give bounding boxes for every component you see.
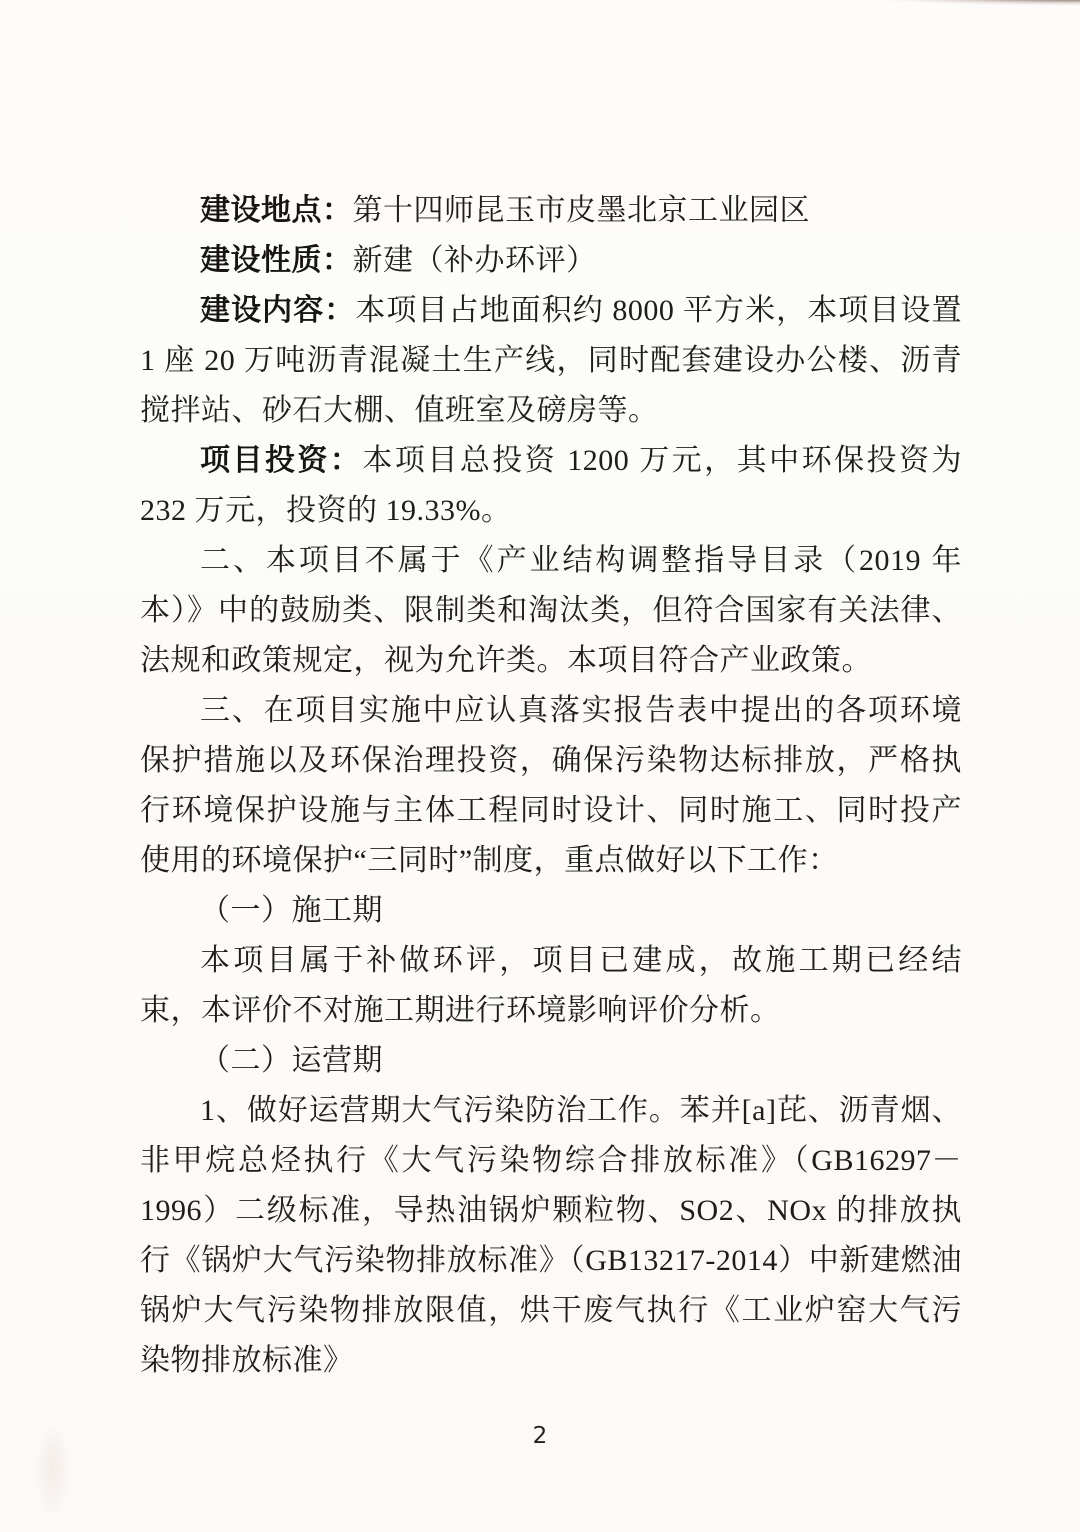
field-label: 建设内容： — [200, 294, 355, 327]
heading-construction-period: （一）施工期 — [140, 886, 962, 936]
heading-operation-period: （二）运营期 — [140, 1036, 962, 1086]
document-body: 建设地点：第十四师昆玉市皮墨北京工业园区 建设性质：新建（补办环评） 建设内容：… — [140, 186, 962, 1386]
page-number: 2 — [0, 1422, 1080, 1450]
paragraph-text: 1、做好运营期大气污染防治工作。苯并[a]芘、沥青烟、非甲烷总烃执行《大气污染物… — [140, 1094, 962, 1377]
paragraph-text: 本项目属于补做环评，项目已建成，故施工期已经结束，本评价不对施工期进行环境影响评… — [140, 944, 962, 1027]
paragraph-project-investment: 项目投资：本项目总投资 1200 万元，其中环保投资为 232 万元，投资的 1… — [140, 436, 962, 536]
scan-corner-artifact — [774, 0, 1080, 10]
paragraph-text: （一）施工期 — [200, 894, 383, 927]
paragraph-construction-content: 建设内容：本项目占地面积约 8000 平方米，本项目设置 1 座 20 万吨沥青… — [140, 286, 962, 436]
paragraph-construction-period-note: 本项目属于补做环评，项目已建成，故施工期已经结束，本评价不对施工期进行环境影响评… — [140, 936, 962, 1036]
document-page: 建设地点：第十四师昆玉市皮墨北京工业园区 建设性质：新建（补办环评） 建设内容：… — [0, 0, 1080, 1532]
field-label: 建设性质： — [200, 244, 353, 277]
field-label: 建设地点： — [200, 194, 353, 227]
field-label: 项目投资： — [200, 444, 362, 477]
paragraph-text: 二、本项目不属于《产业结构调整指导目录（2019 年本）》中的鼓励类、限制类和淘… — [140, 544, 962, 677]
paragraph-three-simultaneous: 三、在项目实施中应认真落实报告表中提出的各项环境保护措施以及环保治理投资，确保污… — [140, 686, 962, 886]
paragraph-text: 新建（补办环评） — [353, 244, 597, 277]
paragraph-text: 第十四师昆玉市皮墨北京工业园区 — [353, 194, 811, 227]
paragraph-text: 三、在项目实施中应认真落实报告表中提出的各项环境保护措施以及环保治理投资，确保污… — [140, 694, 962, 877]
paragraph-air-pollution-control: 1、做好运营期大气污染防治工作。苯并[a]芘、沥青烟、非甲烷总烃执行《大气污染物… — [140, 1086, 962, 1386]
paragraph-construction-nature: 建设性质：新建（补办环评） — [140, 236, 962, 286]
paragraph-industry-policy: 二、本项目不属于《产业结构调整指导目录（2019 年本）》中的鼓励类、限制类和淘… — [140, 536, 962, 686]
paragraph-construction-site: 建设地点：第十四师昆玉市皮墨北京工业园区 — [140, 186, 962, 236]
paragraph-text: （二）运营期 — [200, 1044, 383, 1077]
